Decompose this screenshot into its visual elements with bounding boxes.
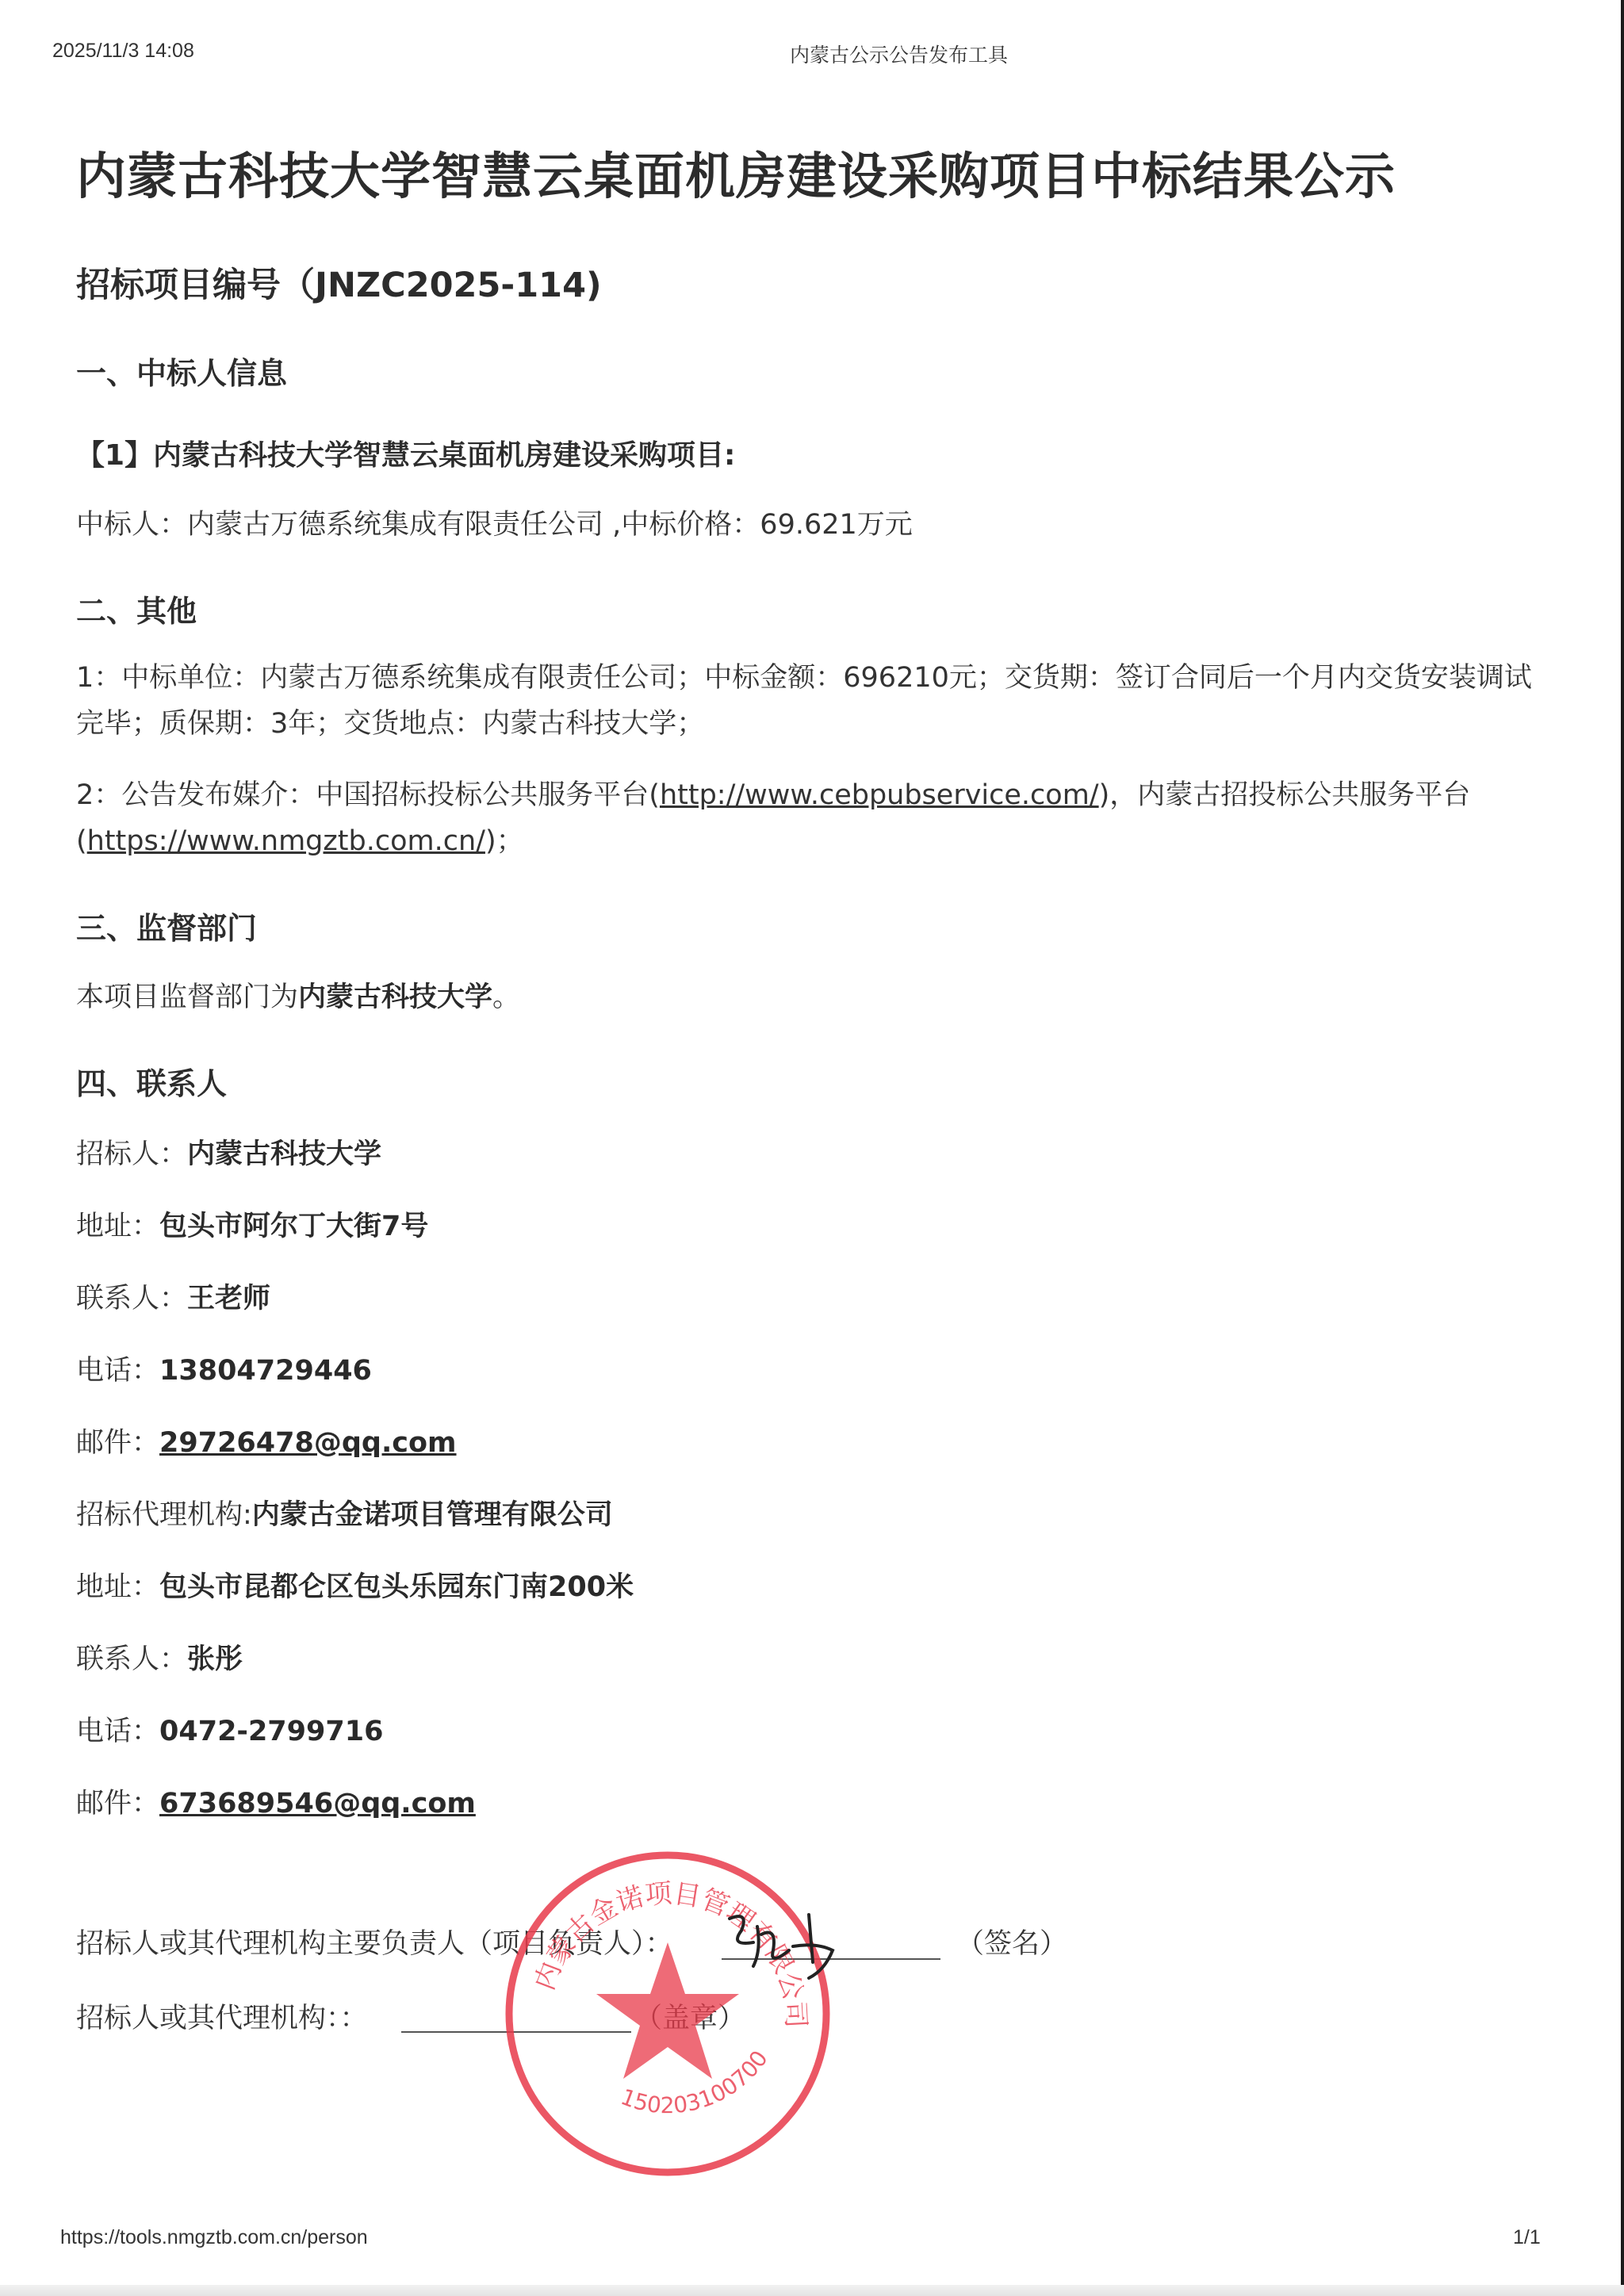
print-datetime: 2025/11/3 14:08 [52,40,194,63]
tenderer-email-line: 邮件：29726478@qq.com [76,1421,457,1460]
print-url: https://tools.nmgztb.com.cn/person [60,2226,368,2249]
official-seal-icon: 内蒙古金诺项目管理有限公司 1502031007002 [501,1847,834,2180]
tenderer-address: 包头市阿尔丁大街7号 [159,1211,428,1242]
winner-label: 中标人： [76,509,187,541]
tenderer-contact: 王老师 [187,1283,270,1314]
other-item-1: 1：中标单位：内蒙古万德系统集成有限责任公司；中标金额：696210元；交货期：… [76,655,1543,747]
tenderer-line: 招标人：内蒙古科技大学 [76,1132,381,1172]
tenderer-address-line: 地址：包头市阿尔丁大街7号 [76,1204,428,1244]
agency-contact: 张彤 [187,1644,243,1675]
winner-item-title: 【1】内蒙古科技大学智慧云桌面机房建设采购项目: [76,433,735,473]
contact-label: 联系人： [76,1644,187,1675]
agency-email-link[interactable]: 673689546@qq.com [159,1788,476,1820]
agency-line: 招标代理机构:内蒙古金诺项目管理有限公司 [76,1493,613,1533]
winner-line: 中标人：内蒙古万德系统集成有限责任公司 ,中标价格：69.621万元 [76,503,913,542]
agency-address-line: 地址：包头市昆都仑区包头乐园东门南200米 [76,1565,634,1605]
page-edge-bottom [0,2285,1624,2296]
contact-label: 联系人： [76,1283,187,1314]
agency-phone: 0472-2799716 [159,1716,383,1747]
cebpubservice-link[interactable]: http://www.cebpubservice.com/ [660,779,1099,811]
section-heading-contacts: 四、联系人 [76,1059,227,1103]
media-prefix: 2：公告发布媒介：中国招标投标公共服务平台( [76,779,660,811]
supervision-prefix: 本项目监督部门为 [76,982,298,1013]
tenderer-email-link[interactable]: 29726478@qq.com [159,1427,457,1459]
handwritten-signature-icon [714,1903,856,1990]
tenderer-phone: 13804729446 [159,1355,372,1387]
section-heading-other: 二、其他 [76,587,197,630]
supervision-line: 本项目监督部门为内蒙古科技大学。 [76,975,520,1015]
section-heading-supervision: 三、监督部门 [76,904,257,947]
signature-org-label: 招标人或其代理机构：： [76,1996,368,2036]
tenderer-phone-line: 电话：13804729446 [76,1349,372,1388]
agency-phone-line: 电话：0472-2799716 [76,1709,383,1749]
agency-name: 内蒙古金诺项目管理有限公司 [252,1499,613,1531]
tenderer-label: 招标人： [76,1138,187,1170]
signature-suffix: （签名） [956,1922,1067,1961]
document-title: 内蒙古科技大学智慧云桌面机房建设采购项目中标结果公示 [76,136,1396,209]
tenderer-name: 内蒙古科技大学 [187,1138,381,1170]
agency-label: 招标代理机构: [76,1499,252,1531]
email-label: 邮件： [76,1427,159,1459]
phone-label: 电话： [76,1716,159,1747]
print-page-title: 内蒙古公示公告发布工具 [790,40,1008,68]
agency-contact-line: 联系人：张彤 [76,1637,243,1677]
supervision-suffix: 。 [492,982,520,1013]
media-suffix: )； [485,825,524,857]
project-number: 招标项目编号（JNZC2025-114) [76,258,602,307]
nmgztb-link[interactable]: https://www.nmgztb.com.cn/ [87,825,485,857]
phone-label: 电话： [76,1355,159,1387]
agency-address: 包头市昆都仑区包头乐园东门南200米 [159,1571,634,1603]
other-item-2: 2：公告发布媒介：中国招标投标公共服务平台(http://www.cebpubs… [76,772,1543,864]
supervision-department: 内蒙古科技大学 [298,982,492,1013]
print-page-number: 1/1 [1513,2226,1541,2249]
section-heading-winner: 一、中标人信息 [76,349,287,392]
price-value: 69.621万元 [760,509,912,541]
agency-email-line: 邮件：673689546@qq.com [76,1781,476,1821]
email-label: 邮件： [76,1788,159,1820]
tenderer-contact-line: 联系人：王老师 [76,1276,270,1316]
page-edge [1621,0,1624,2296]
address-label: 地址： [76,1211,159,1242]
winner-name: 内蒙古万德系统集成有限责任公司 [187,509,603,541]
address-label: 地址： [76,1571,159,1603]
price-label: ,中标价格： [603,509,760,541]
